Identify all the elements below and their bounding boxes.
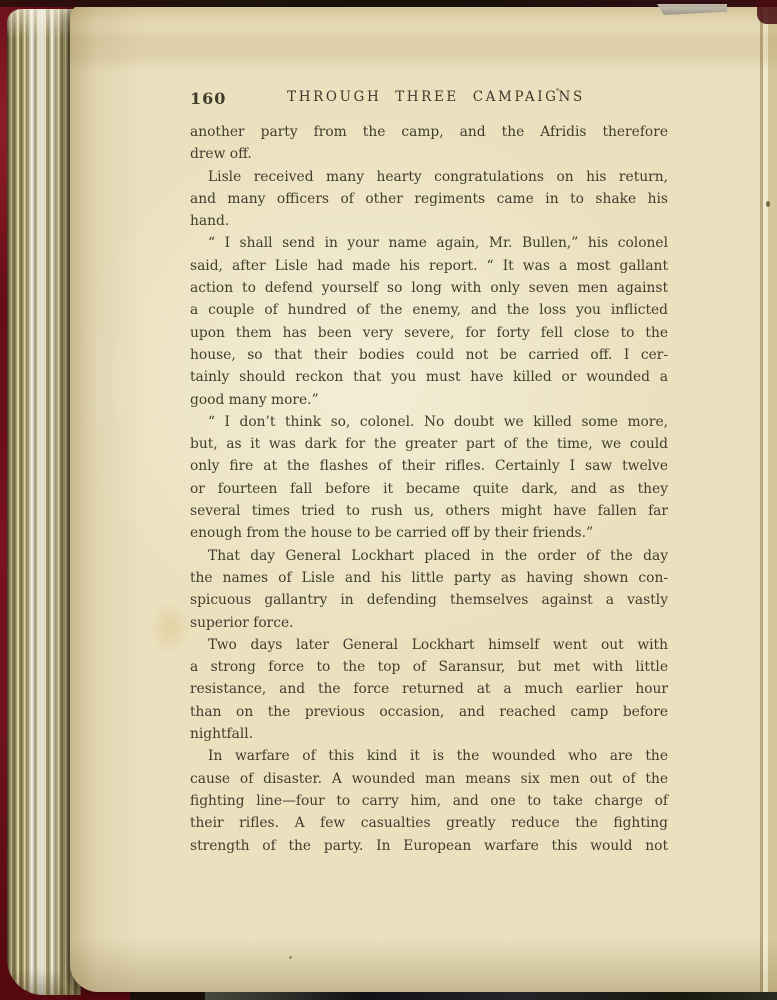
text-line: That day General Lockhart placed in the … [190,545,668,567]
text-line: only fire at the flashes of their rifles… [190,455,668,477]
text-line: house, so that their bodies could not be… [190,344,668,366]
text-line: another party from the camp, and the Afr… [190,121,668,143]
text-line: drew off. [190,143,668,165]
page-stain [148,600,192,656]
text-line: several times tried to rush us, others m… [190,500,668,522]
text-line: their rifles. A few casualties greatly r… [190,812,668,834]
text-line: In warfare of this kind it is the wounde… [190,745,668,767]
body-text: another party from the camp, and the Afr… [190,121,668,857]
text-line: tainly should reckon that you must have … [190,366,668,388]
text-line: than on the previous occasion, and reach… [190,701,668,723]
text-line: good many more.” [190,389,668,411]
text-line: but, as it was dark for the greater part… [190,433,668,455]
text-line: or fourteen fall before it became quite … [190,478,668,500]
text-line: spicuous gallantry in defending themselv… [190,589,668,611]
text-line: action to defend yourself so long with o… [190,277,668,299]
text-line: strength of the party. In European warfa… [190,835,668,857]
scanned-book-photo: 160 THROUGH THREE CAMPAIGNS another part… [0,0,777,1000]
text-line: “ I shall send in your name again, Mr. B… [190,232,668,254]
text-line: a couple of hundred of the enemy, and th… [190,299,668,321]
text-line: Two days later General Lockhart himself … [190,634,668,656]
cover-corner [757,0,777,24]
page-number: 160 [190,89,226,108]
text-line: upon them has been very severe, for fort… [190,322,668,344]
text-line: the names of Lisle and his little party … [190,567,668,589]
text-line: hand. [190,210,668,232]
photo-bottom-edge [205,992,777,1000]
page-speck [289,956,292,959]
page-speck [766,201,770,207]
book-page: 160 THROUGH THREE CAMPAIGNS another part… [70,5,777,992]
text-line: resistance, and the force returned at a … [190,678,668,700]
page-speck [556,88,559,91]
running-title: THROUGH THREE CAMPAIGNS [190,89,668,105]
text-line: “ I don’t think so, colonel. No doubt we… [190,411,668,433]
text-line: a strong force to the top of Saransur, b… [190,656,668,678]
text-line: nightfall. [190,723,668,745]
running-head: 160 THROUGH THREE CAMPAIGNS [190,89,668,109]
text-line: enough from the house to be carried off … [190,522,668,544]
text-line: superior force. [190,612,668,634]
text-line: cause of disaster. A wounded man means s… [190,768,668,790]
text-line: and many officers of other regiments cam… [190,188,668,210]
text-line: said, after Lisle had made his report. “… [190,255,668,277]
text-line: fighting line—four to carry him, and one… [190,790,668,812]
text-line: Lisle received many hearty congratulatio… [190,166,668,188]
